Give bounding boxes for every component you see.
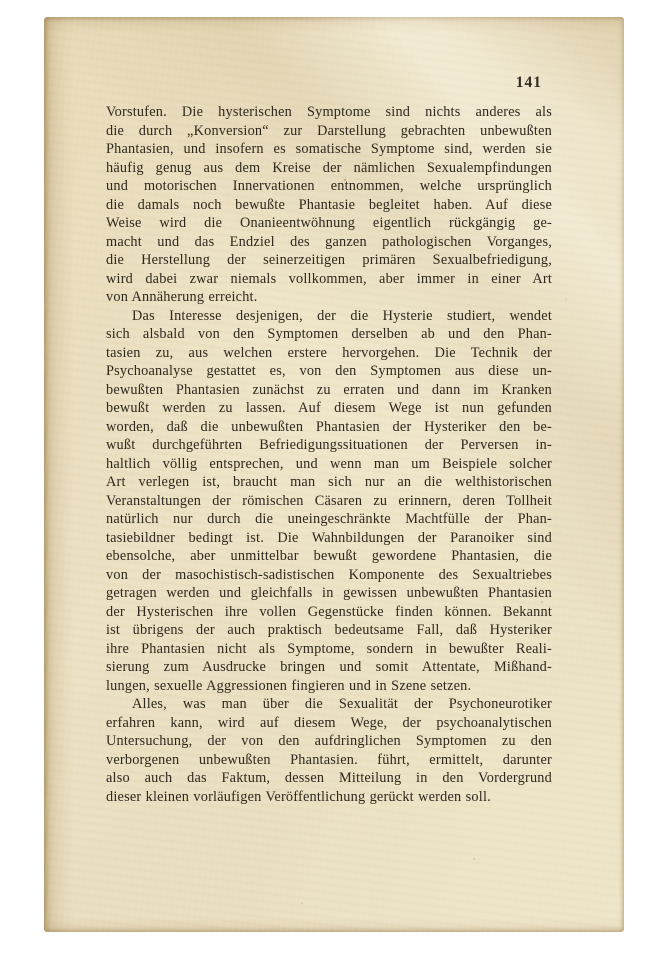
paper-sheet: 141 Vorstufen. Die hysterischen Symptome…: [44, 17, 624, 932]
text-line: ist übrigens der auch praktisch bedeutsa…: [106, 621, 552, 640]
text-line: dieser kleinen vorläufigen Veröffentlich…: [106, 788, 552, 807]
text-line: der Hysterischen ihre vollen Gegenstücke…: [106, 603, 552, 622]
text-line: Phantasien, und insofern es somatische S…: [106, 140, 552, 159]
text-line: tasien zu, aus welchen erstere hervorgeh…: [106, 344, 552, 363]
text-line: die durch „Konversion“ zur Darstellung g…: [106, 122, 552, 141]
text-line: bewußten Phantasien zunächst zu erraten …: [106, 381, 552, 400]
text-line: verborgenen unbewußten Phantasien. führt…: [106, 751, 552, 770]
text-line: Untersuchung, der von den aufdringlichen…: [106, 732, 552, 751]
text-line: also auch das Faktum, dessen Mitteilung …: [106, 769, 552, 788]
text-line: von Annäherung erreicht.: [106, 288, 552, 307]
body-text: Vorstufen. Die hysterischen Symptome sin…: [106, 103, 552, 806]
text-line: lungen, sexuelle Aggressionen fingieren …: [106, 677, 552, 696]
text-line: sich alsbald von den Symptomen derselben…: [106, 325, 552, 344]
text-line: erfahren kann, wird auf diesem Wege, der…: [106, 714, 552, 733]
text-line: Weise wird die Onanieentwöhnung eigentli…: [106, 214, 552, 233]
text-line: die damals noch bewußte Phantasie beglei…: [106, 196, 552, 215]
text-line: ihre Phantasien nicht als Symptome, sond…: [106, 640, 552, 659]
text-line: tasiebildner bedingt ist. Die Wahnbildun…: [106, 529, 552, 548]
text-line: worden, daß die unbewußten Phantasien de…: [106, 418, 552, 437]
text-line: ebensolche, aber unmittelbar bewußt gewo…: [106, 547, 552, 566]
text-line: wird dabei zwar niemals vollkommen, aber…: [106, 270, 552, 289]
text-line: häufig genug aus dem Kreise der nämliche…: [106, 159, 552, 178]
text-line: wußt durchgeführten Befriedigungssituati…: [106, 436, 552, 455]
text-line: getragen werden und gleichfalls in gewis…: [106, 584, 552, 603]
text-line: Psychoanalyse gestattet es, von den Symp…: [106, 362, 552, 381]
text-line: Vorstufen. Die hysterischen Symptome sin…: [106, 103, 552, 122]
scanned-book-page: 141 Vorstufen. Die hysterischen Symptome…: [0, 0, 660, 960]
text-line: bewußt werden zu lassen. Auf diesem Wege…: [106, 399, 552, 418]
text-line: die Herstellung der seinerzeitigen primä…: [106, 251, 552, 270]
text-line: Alles, was man über die Sexualität der P…: [106, 695, 552, 714]
text-line: natürlich nur durch die uneingeschränkte…: [106, 510, 552, 529]
text-line: von der masochistisch-sadistischen Kompo…: [106, 566, 552, 585]
text-line: haltlich völlig entsprechen, und wenn ma…: [106, 455, 552, 474]
text-line: sierung zum Ausdrucke bringen und somit …: [106, 658, 552, 677]
text-line: Veranstaltungen der römischen Cäsaren zu…: [106, 492, 552, 511]
text-line: und motorischen Innervationen entnommen,…: [106, 177, 552, 196]
text-line: macht und das Endziel des ganzen patholo…: [106, 233, 552, 252]
page-number: 141: [516, 74, 542, 92]
text-line: Art verlegen ist, braucht man sich nur a…: [106, 473, 552, 492]
text-line: Das Interesse desjenigen, der die Hyster…: [106, 307, 552, 326]
